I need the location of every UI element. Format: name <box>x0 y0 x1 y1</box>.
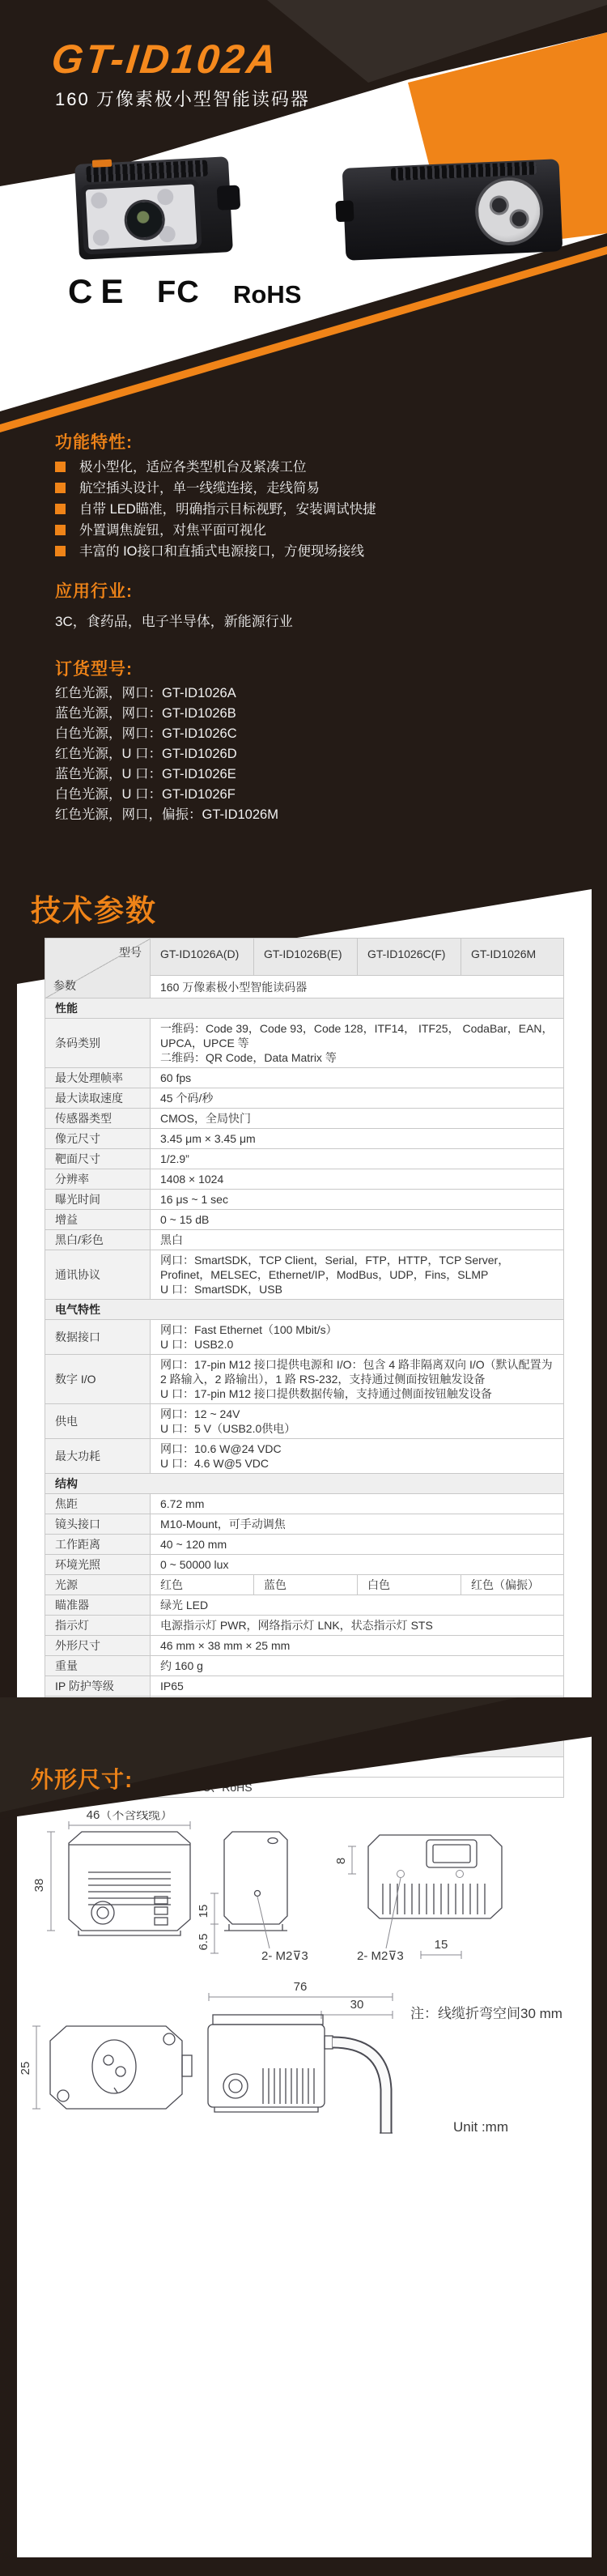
tech-params-heading: 技术参数 <box>31 886 157 930</box>
front-view-drawing: 46（不含线缆） 38 <box>32 1811 190 1935</box>
spec-value: 0 ~ 50000 lux <box>151 1555 564 1575</box>
dim-cable30-label: 30 <box>350 1998 364 2012</box>
features-heading: 功能特性: <box>55 429 133 453</box>
spec-row: 供电网口：12 ~ 24V U 口：5 V（USB2.0供电） <box>45 1404 564 1439</box>
tech-table: 型号参数GT-ID1026A(D)GT-ID1026B(E)GT-ID1026C… <box>45 938 564 1798</box>
spec-value: 红色 <box>151 1575 254 1595</box>
spec-value: 1408 × 1024 <box>151 1169 564 1190</box>
spec-label: 光源 <box>45 1575 151 1595</box>
spec-label: 黑白/彩色 <box>45 1230 151 1250</box>
spec-row: 最大读取速度45 个码/秒 <box>45 1088 564 1109</box>
spec-value: 网口：Fast Ethernet（100 Mbit/s） U 口：USB2.0 <box>151 1320 564 1355</box>
model-name-cell: GT-ID1026C(F) <box>358 939 461 976</box>
cable-note: 注：线缆折弯空间30 mm <box>410 2006 562 2021</box>
device-front-panel <box>80 179 202 255</box>
model-name-cell: GT-ID1026B(E) <box>254 939 358 976</box>
spec-row: 外形尺寸46 mm × 38 mm × 25 mm <box>45 1636 564 1656</box>
page-border-bottom <box>0 2557 607 2576</box>
dim-side65-label: 6.5 <box>197 1934 210 1951</box>
feature-item: 外置调焦旋钮，对焦平面可视化 <box>55 520 376 541</box>
feature-item: 自带 LED瞄准，明确指示目标视野，安装调试快捷 <box>55 499 376 520</box>
page-title: GT-ID102A <box>49 36 281 83</box>
ordering-item: 红色光源，U 口：GT-ID1026D <box>55 744 278 764</box>
screw-side-label: 2- M2⊽3 <box>261 1949 308 1963</box>
spec-row: 工作距离40 ~ 120 mm <box>45 1535 564 1555</box>
screw-rear-label: 2- M2⊽3 <box>357 1949 404 1963</box>
spec-label: 环境光照 <box>45 1555 151 1575</box>
page-subtitle: 160 万像素极小型智能读码器 <box>55 86 310 111</box>
spec-label: 供电 <box>45 1404 151 1439</box>
spec-row: IP 防护等级IP65 <box>45 1676 564 1697</box>
spec-row: 像元尺寸3.45 μm × 3.45 μm <box>45 1129 564 1149</box>
spec-row: 靶面尺寸1/2.9” <box>45 1149 564 1169</box>
spec-row: 通讯协议网口：SmartSDK，TCP Client，Serial，FTP，HT… <box>45 1250 564 1300</box>
ordering-item: 白色光源，网口：GT-ID1026C <box>55 724 278 744</box>
spec-value: M10-Mount，可手动调焦 <box>151 1514 564 1535</box>
spec-value: 0 ~ 15 dB <box>151 1210 564 1230</box>
connector-port <box>489 195 509 215</box>
side-view-drawing: 15 6.5 2- M2⊽3 <box>197 1832 308 1963</box>
spec-row: 传感器类型CMOS，全局快门 <box>45 1109 564 1129</box>
spec-value: 60 fps <box>151 1068 564 1088</box>
spec-value: 蓝色 <box>254 1575 358 1595</box>
model-name-cell: GT-ID1026A(D) <box>151 939 254 976</box>
rear-view-drawing: 8 2- M2⊽3 15 <box>334 1835 502 1963</box>
cable-view-drawing <box>208 2015 393 2133</box>
spec-label: 工作距离 <box>45 1535 151 1555</box>
spec-label: 最大功耗 <box>45 1439 151 1474</box>
spec-value: 40 ~ 120 mm <box>151 1535 564 1555</box>
spec-row: 数据接口网口：Fast Ethernet（100 Mbit/s） U 口：USB… <box>45 1320 564 1355</box>
spec-value: 电源指示灯 PWR，网络指示灯 LNK，状态指示灯 STS <box>151 1616 564 1636</box>
spec-label: 瞄准器 <box>45 1595 151 1616</box>
dim-side15-label: 15 <box>197 1905 210 1918</box>
spec-section-row: 性能 <box>45 998 564 1019</box>
spec-value: IP65 <box>151 1676 564 1697</box>
spec-value: 1/2.9” <box>151 1149 564 1169</box>
dim-width-label: 46（不含线缆） <box>87 1811 173 1822</box>
spec-label: 镜头接口 <box>45 1514 151 1535</box>
ordering-item: 蓝色光源，U 口：GT-ID1026E <box>55 764 278 785</box>
spec-row: 增益0 ~ 15 dB <box>45 1210 564 1230</box>
spec-label: 传感器类型 <box>45 1109 151 1129</box>
dim-height-label: 38 <box>32 1879 46 1893</box>
spec-row: 焦距6.72 mm <box>45 1494 564 1514</box>
spec-section-title: 电气特性 <box>45 1300 564 1320</box>
spec-label: 重量 <box>45 1656 151 1676</box>
table-corner-cell: 型号参数 <box>45 939 151 998</box>
ordering-heading: 订货型号: <box>55 656 133 680</box>
spec-value: 网口：12 ~ 24V U 口：5 V（USB2.0供电） <box>151 1404 564 1439</box>
spec-value: 网口：10.6 W@24 VDC U 口：4.6 W@5 VDC <box>151 1439 564 1474</box>
top-view-drawing: 25 <box>20 2026 192 2109</box>
spec-value: 46 mm × 38 mm × 25 mm <box>151 1636 564 1656</box>
dim-top25-label: 25 <box>20 2062 32 2076</box>
dimensions-heading: 外形尺寸: <box>31 1762 133 1795</box>
product-photo-rear <box>342 159 563 261</box>
fcc-logo: FC <box>157 275 200 310</box>
spec-label: 分辨率 <box>45 1169 151 1190</box>
dim-rear15-label: 15 <box>435 1938 448 1952</box>
spec-value: 网口：17-pin M12 接口提供电源和 I/O：包含 4 路非隔离双向 I/… <box>151 1355 564 1404</box>
spec-label: 最大处理帧率 <box>45 1068 151 1088</box>
device-orange-chip <box>92 160 112 168</box>
dim-rear8-label: 8 <box>334 1858 348 1864</box>
spec-label: 指示灯 <box>45 1616 151 1636</box>
spec-value: 红色（偏振） <box>461 1575 564 1595</box>
corner-label-model: 型号 <box>119 945 142 960</box>
spec-label: IP 防护等级 <box>45 1676 151 1697</box>
spec-value: 黑白 <box>151 1230 564 1250</box>
spec-label: 靶面尺寸 <box>45 1149 151 1169</box>
corner-label-param: 参数 <box>53 978 76 993</box>
spec-label: 外形尺寸 <box>45 1636 151 1656</box>
led-light <box>91 192 108 209</box>
spec-label: 数字 I/O <box>45 1355 151 1404</box>
table-header-row: 型号参数GT-ID1026A(D)GT-ID1026B(E)GT-ID1026C… <box>45 939 564 976</box>
spec-label: 通讯协议 <box>45 1250 151 1300</box>
dim-len76-label: 76 <box>294 1980 308 1994</box>
spec-section-title: 性能 <box>45 998 564 1019</box>
table-subtitle-cell: 160 万像素极小型智能读码器 <box>151 976 564 998</box>
product-photo-front <box>74 156 233 260</box>
spec-value: 绿光 LED <box>151 1595 564 1616</box>
spec-value: 45 个码/秒 <box>151 1088 564 1109</box>
spec-row: 镜头接口M10-Mount，可手动调焦 <box>45 1514 564 1535</box>
spec-label: 最大读取速度 <box>45 1088 151 1109</box>
spec-row: 瞄准器绿光 LED <box>45 1595 564 1616</box>
spec-row: 曝光时间16 μs ~ 1 sec <box>45 1190 564 1210</box>
feature-item: 丰富的 IO接口和直插式电源接口，方便现场接线 <box>55 541 376 562</box>
spec-row: 重量约 160 g <box>45 1656 564 1676</box>
spec-value: 约 160 g <box>151 1656 564 1676</box>
connector-port <box>509 209 529 229</box>
spec-value: 3.45 μm × 3.45 μm <box>151 1129 564 1149</box>
spec-label: 曝光时间 <box>45 1190 151 1210</box>
spec-row: 条码类别一维码：Code 39，Code 93，Code 128，ITF14， … <box>45 1019 564 1068</box>
spec-value: 一维码：Code 39，Code 93，Code 128，ITF14， ITF2… <box>151 1019 564 1068</box>
spec-label: 增益 <box>45 1210 151 1230</box>
spec-row: 黑白/彩色黑白 <box>45 1230 564 1250</box>
spec-section-row: 结构 <box>45 1474 564 1494</box>
ce-logo: CE <box>68 272 131 311</box>
unit-label: Unit :mm <box>453 2119 508 2135</box>
features-list: 极小型化，适应各类型机台及紧凑工位 航空插头设计，单一线缆连接，走线简易 自带 … <box>55 457 376 562</box>
spec-value: CMOS，全局快门 <box>151 1109 564 1129</box>
spec-row: 分辨率1408 × 1024 <box>45 1169 564 1190</box>
ordering-list: 红色光源，网口：GT-ID1026A 蓝色光源，网口：GT-ID1026B 白色… <box>55 683 278 825</box>
spec-section-row: 电气特性 <box>45 1300 564 1320</box>
focus-knob <box>217 185 241 210</box>
model-name-cell: GT-ID1026M <box>461 939 564 976</box>
ordering-item: 红色光源，网口，偏振：GT-ID1026M <box>55 805 278 825</box>
side-button <box>335 200 354 222</box>
spec-row: 指示灯电源指示灯 PWR，网络指示灯 LNK，状态指示灯 STS <box>45 1616 564 1636</box>
spec-label: 条码类别 <box>45 1019 151 1068</box>
spec-row: 最大功耗网口：10.6 W@24 VDC U 口：4.6 W@5 VDC <box>45 1439 564 1474</box>
feature-item: 航空插头设计，单一线缆连接，走线简易 <box>55 478 376 499</box>
spec-value: 白色 <box>358 1575 461 1595</box>
spec-label: 像元尺寸 <box>45 1129 151 1149</box>
led-light <box>92 229 109 246</box>
led-light <box>157 189 174 206</box>
spec-label: 数据接口 <box>45 1320 151 1355</box>
datasheet-page: GT-ID102A 160 万像素极小型智能读码器 CE FC RoHS 功能特… <box>0 0 607 2576</box>
ordering-item: 红色光源，网口：GT-ID1026A <box>55 683 278 704</box>
spec-value: 网口：SmartSDK，TCP Client，Serial，FTP，HTTP，T… <box>151 1250 564 1300</box>
ordering-item: 蓝色光源，网口：GT-ID1026B <box>55 704 278 724</box>
rohs-logo: RoHS <box>233 280 301 309</box>
feature-item: 极小型化，适应各类型机台及紧凑工位 <box>55 457 376 478</box>
spec-row: 最大处理帧率60 fps <box>45 1068 564 1088</box>
spec-value: 6.72 mm <box>151 1494 564 1514</box>
features-black-band <box>0 217 607 988</box>
applications-heading: 应用行业: <box>55 578 133 602</box>
spec-section-title: 结构 <box>45 1474 564 1494</box>
spec-label: 焦距 <box>45 1494 151 1514</box>
spec-value: 16 μs ~ 1 sec <box>151 1190 564 1210</box>
spec-row: 数字 I/O网口：17-pin M12 接口提供电源和 I/O：包含 4 路非隔… <box>45 1355 564 1404</box>
ordering-item: 白色光源，U 口：GT-ID1026F <box>55 785 278 805</box>
spec-row: 光源红色蓝色白色红色（偏振） <box>45 1575 564 1595</box>
dimension-drawings: 46（不含线缆） 38 15 6.5 2- M2⊽3 8 2- M2⊽3 <box>20 1811 587 2151</box>
applications-text: 3C，食药品，电子半导体，新能源行业 <box>55 610 293 630</box>
spec-row: 环境光照0 ~ 50000 lux <box>45 1555 564 1575</box>
